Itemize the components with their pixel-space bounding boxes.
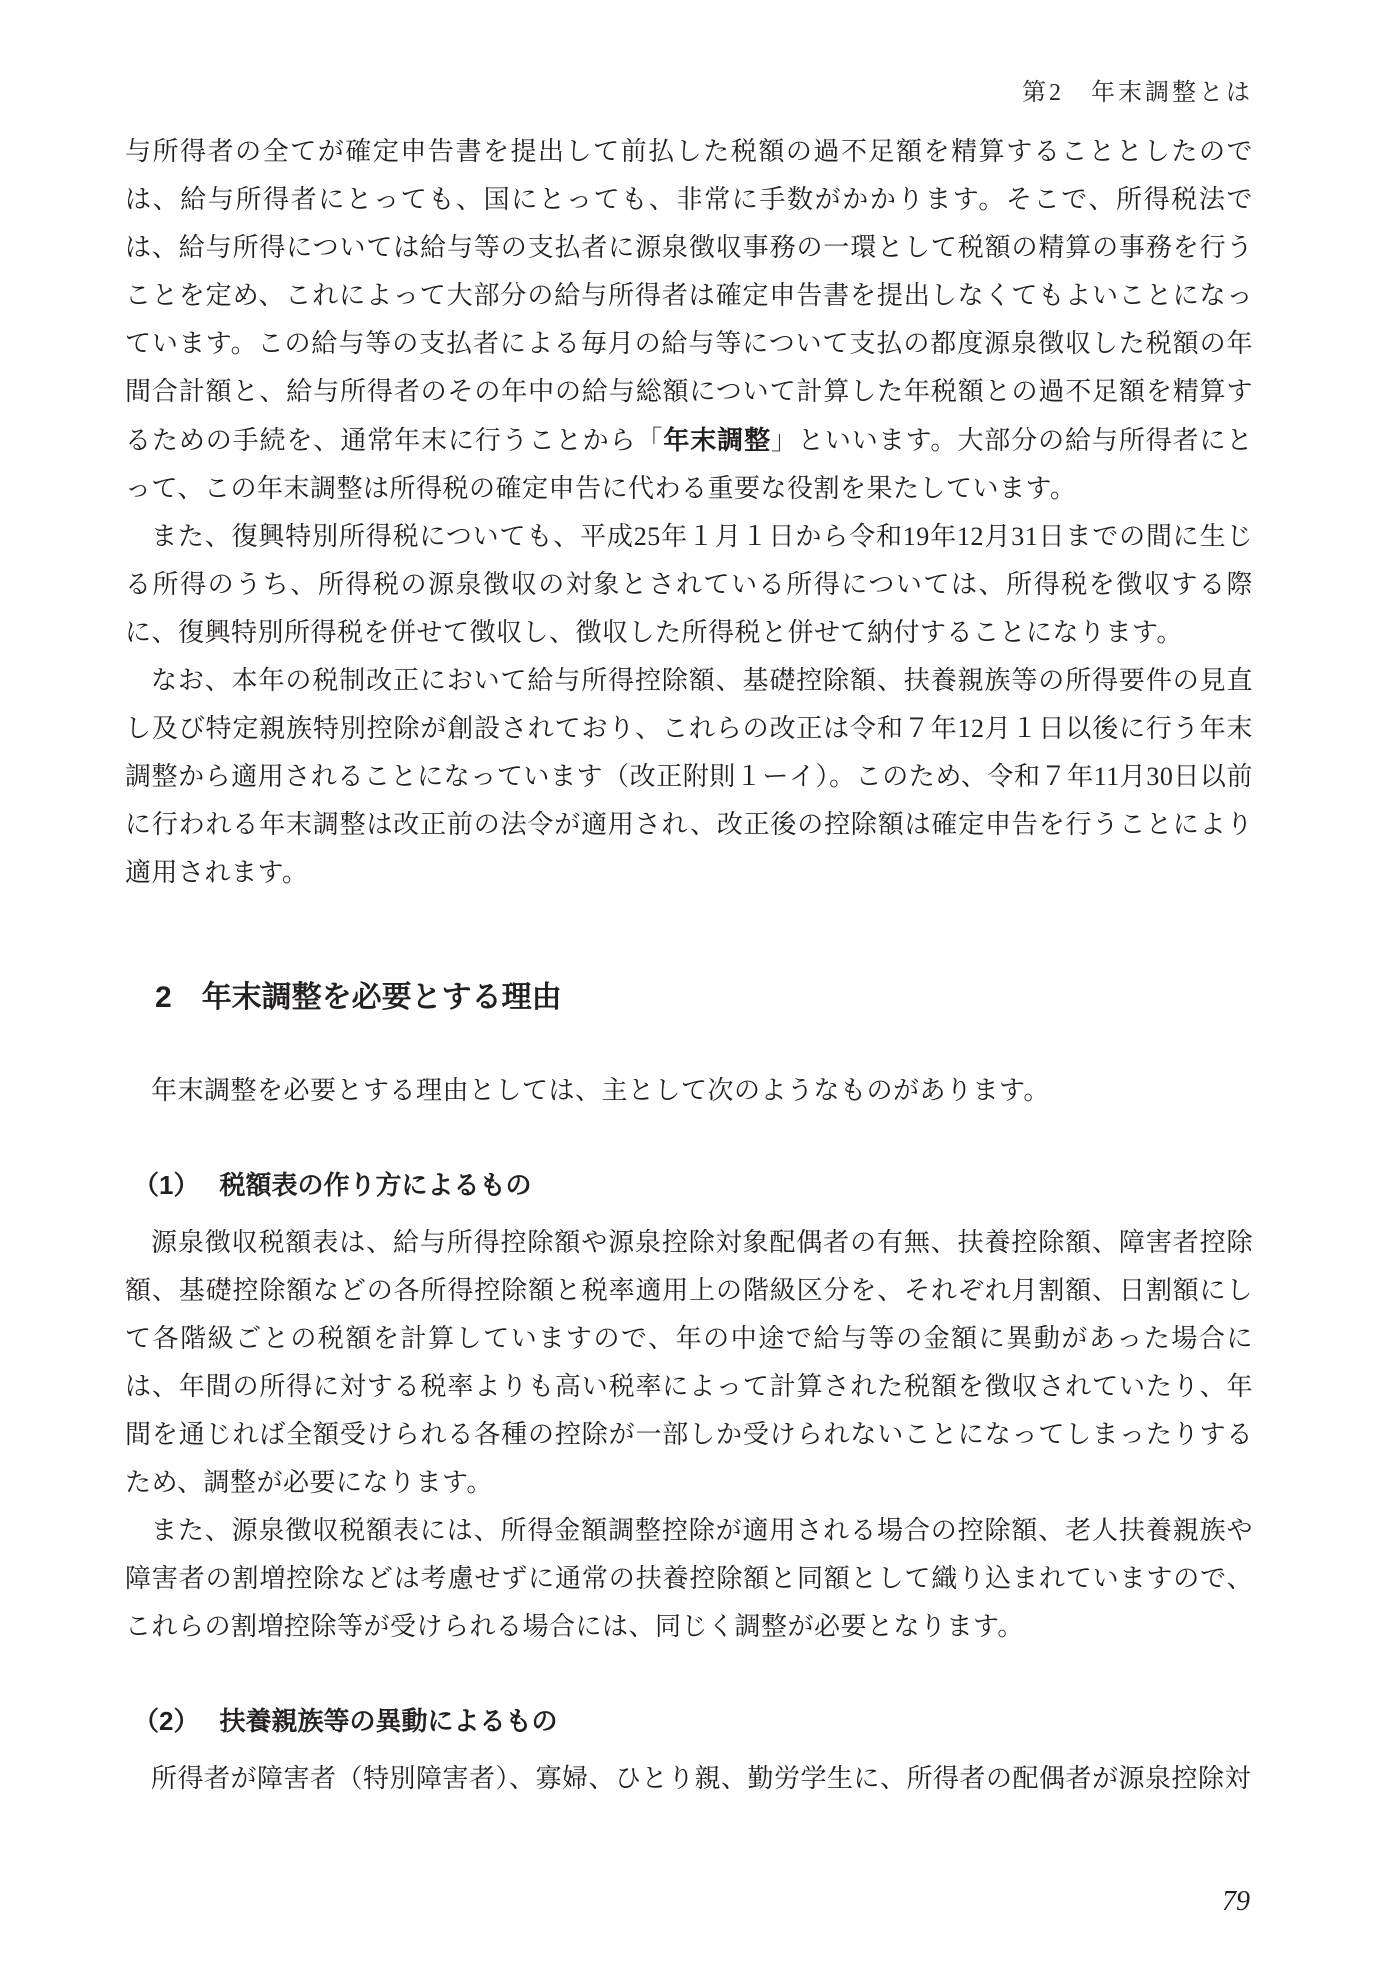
page-number: 79 — [1222, 1886, 1250, 1918]
paragraph-tax-reform: なお、本年の税制改正において給与所得控除額、基礎控除額、扶養親族等の所得要件の見… — [125, 657, 1253, 897]
subsection-2-label: （2） — [133, 1706, 199, 1736]
paragraph-overview-text-pre: 与所得者の全てが確定申告書を提出して前払した税額の過不足額を精算することとしたの… — [125, 137, 1253, 455]
subsection-2-heading: （2）扶養親族等の異動によるもの — [133, 1703, 1253, 1739]
subsection-1-heading: （1）税額表の作り方によるもの — [133, 1167, 1253, 1203]
paragraph-reconstruction-tax: また、復興特別所得税についても、平成25年１月１日から令和19年12月31日まで… — [125, 513, 1253, 657]
page-body: 与所得者の全てが確定申告書を提出して前払した税額の過不足額を精算することとしたの… — [125, 128, 1253, 1803]
subsection-1-label: （1） — [133, 1170, 199, 1200]
document-page: 第2 年末調整とは 与所得者の全てが確定申告書を提出して前払した税額の過不足額を… — [0, 0, 1400, 1977]
section-2-heading: 2年末調整を必要とする理由 — [155, 977, 1253, 1019]
subsection-2-paragraph-1: 所得者が障害者（特別障害者）、寡婦、ひとり親、勤労学生に、所得者の配偶者が源泉控… — [125, 1755, 1253, 1803]
subsection-1-paragraph-2: また、源泉徴収税額表には、所得金額調整控除が適用される場合の控除額、老人扶養親族… — [125, 1507, 1253, 1651]
nenmatsu-chosei-emphasis: 年末調整 — [663, 425, 771, 455]
running-header: 第2 年末調整とは — [1022, 72, 1253, 107]
section-2-title: 年末調整を必要とする理由 — [202, 981, 562, 1014]
subsection-1-title: 税額表の作り方によるもの — [219, 1170, 531, 1200]
subsection-2-title: 扶養親族等の異動によるもの — [219, 1706, 557, 1736]
paragraph-overview: 与所得者の全てが確定申告書を提出して前払した税額の過不足額を精算することとしたの… — [125, 128, 1253, 513]
section-2-intro: 年末調整を必要とする理由としては、主として次のようなものがあります。 — [125, 1067, 1253, 1115]
subsection-1-paragraph-1: 源泉徴収税額表は、給与所得控除額や源泉控除対象配偶者の有無、扶養控除額、障害者控… — [125, 1219, 1253, 1507]
section-2-number: 2 — [155, 981, 172, 1014]
